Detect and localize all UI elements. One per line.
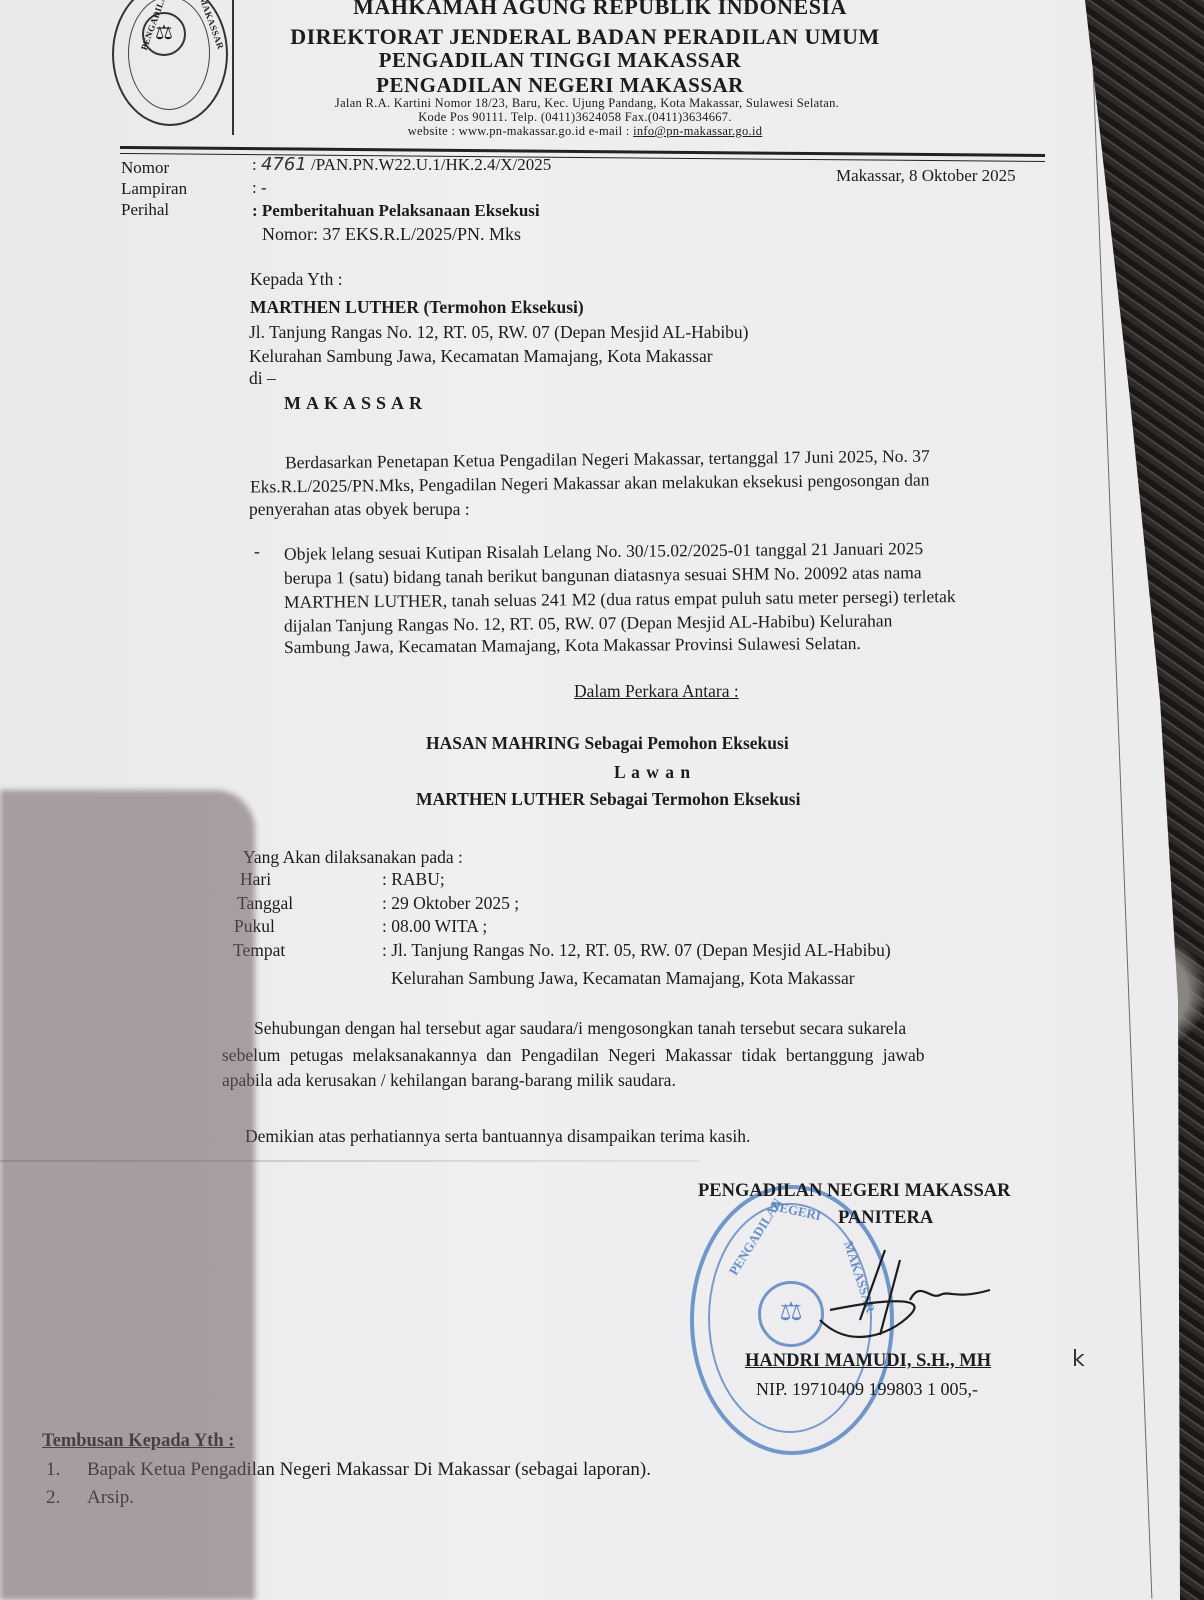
schedule-value: : RABU;	[382, 868, 445, 891]
nomor-value: : 4761 /PAN.PN.W22.U.1/HK.2.4/X/2025	[252, 154, 551, 175]
signatory-name: HANDRI MAMUDI, S.H., MH	[745, 1350, 991, 1373]
letterhead-contact: Kode Pos 90111. Telp. (0411)3624058 Fax.…	[340, 110, 810, 125]
recipient-name-line: MARTHEN LUTHER (Termohon Eksekusi)	[250, 296, 584, 319]
object-line-5: Sambung Jawa, Kecamatan Mamajang, Kota M…	[284, 632, 861, 659]
party-2-name: MARTHEN LUTHER	[416, 789, 585, 809]
letterhead-line-1: MAHKAMAH AGUNG REPUBLIK INDONESIA	[300, 0, 900, 20]
recipient-greeting: Kepada Yth :	[250, 268, 343, 291]
schedule-value: : Jl. Tanjung Rangas No. 12, RT. 05, RW.…	[382, 939, 891, 962]
nomor-handwritten: 4761	[261, 154, 307, 175]
letterhead-address: Jalan R.A. Kartini Nomor 18/23, Baru, Ke…	[242, 96, 932, 111]
case-heading: Dalam Perkara Antara :	[574, 680, 739, 703]
letterhead-web: website : www.pn-makassar.go.id e-mail :…	[340, 124, 830, 139]
perihal-nomor: Nomor: 37 EKS.R.L/2025/PN. Mks	[262, 224, 521, 245]
recipient-address-2: Kelurahan Sambung Jawa, Kecamatan Mamaja…	[249, 345, 713, 368]
party-1: HASAN MAHRING Sebagai Pemohon Eksekusi	[426, 732, 789, 755]
recipient-name: MARTHEN LUTHER	[250, 297, 419, 317]
website-label: website : www.pn-makassar.go.id e-mail :	[408, 124, 633, 138]
nomor-code: /PAN.PN.W22.U.1/HK.2.4/X/2025	[311, 155, 551, 174]
closing-thanks: Demikian atas perhatiannya serta bantuan…	[245, 1125, 750, 1148]
signature-icon	[790, 1240, 1020, 1360]
letterhead-line-2: DIREKTORAT JENDERAL BADAN PERADILAN UMUM	[235, 24, 935, 50]
letterhead-divider	[232, 0, 234, 135]
party-1-name: HASAN MAHRING	[426, 733, 580, 753]
initial-mark: k	[1072, 1348, 1085, 1371]
recipient-di: di –	[249, 367, 276, 390]
hand-shadow	[0, 790, 255, 1600]
closing-line-2: sebelum petugas melaksanakannya dan Peng…	[222, 1044, 925, 1067]
party-2: MARTHEN LUTHER Sebagai Termohon Eksekusi	[416, 788, 800, 811]
email-link[interactable]: info@pn-makassar.go.id	[633, 124, 762, 138]
closing-line-3: apabila ada kerusakan / kehilangan baran…	[222, 1069, 676, 1092]
recipient-role: (Termohon Eksekusi)	[423, 297, 583, 317]
intro-line-3: penyerahan atas obyek berupa :	[249, 498, 470, 521]
party-1-role: Sebagai Pemohon Eksekusi	[584, 733, 788, 753]
versus-label: L a w a n	[614, 761, 691, 784]
closing-line-1: Sehubungan dengan hal tersebut agar saud…	[254, 1017, 906, 1040]
recipient-city: MAKASSAR	[284, 393, 427, 414]
lampiran-label: Lampiran	[121, 179, 187, 199]
letterhead-line-4: PENGADILAN NEGERI MAKASSAR	[300, 73, 820, 98]
letterhead-line-3: PENGADILAN TINGGI MAKASSAR	[300, 48, 820, 73]
schedule-intro: Yang Akan dilaksanakan pada :	[243, 846, 463, 869]
lampiran-value: : -	[252, 178, 267, 198]
perihal-label: Perihal	[121, 200, 169, 220]
letter-paper: ⚖ PENGADILAN MAKASSAR MAHKAMAH AGUNG REP…	[0, 0, 1180, 1600]
schedule-value: : 08.00 WITA ;	[382, 915, 487, 938]
signatory-position: PANITERA	[838, 1207, 933, 1230]
signatory-institution: PENGADILAN NEGERI MAKASSAR	[698, 1180, 1010, 1203]
object-bullet: -	[254, 540, 260, 563]
schedule-value: : 29 Oktober 2025 ;	[382, 892, 519, 915]
party-2-role: Sebagai Termohon Eksekusi	[589, 789, 800, 809]
place-date: Makassar, 8 Oktober 2025	[836, 166, 1016, 186]
signatory-nip: NIP. 19710409 199803 1 005,-	[756, 1378, 978, 1401]
recipient-address-1: Jl. Tanjung Rangas No. 12, RT. 05, RW. 0…	[249, 321, 749, 344]
court-logo-icon: ⚖ PENGADILAN MAKASSAR	[112, 0, 228, 126]
perihal-value: : Pemberitahuan Pelaksanaan Eksekusi	[252, 201, 540, 221]
schedule-tempat-line-2: Kelurahan Sambung Jawa, Kecamatan Mamaja…	[391, 967, 855, 990]
nomor-label: Nomor	[121, 158, 169, 178]
